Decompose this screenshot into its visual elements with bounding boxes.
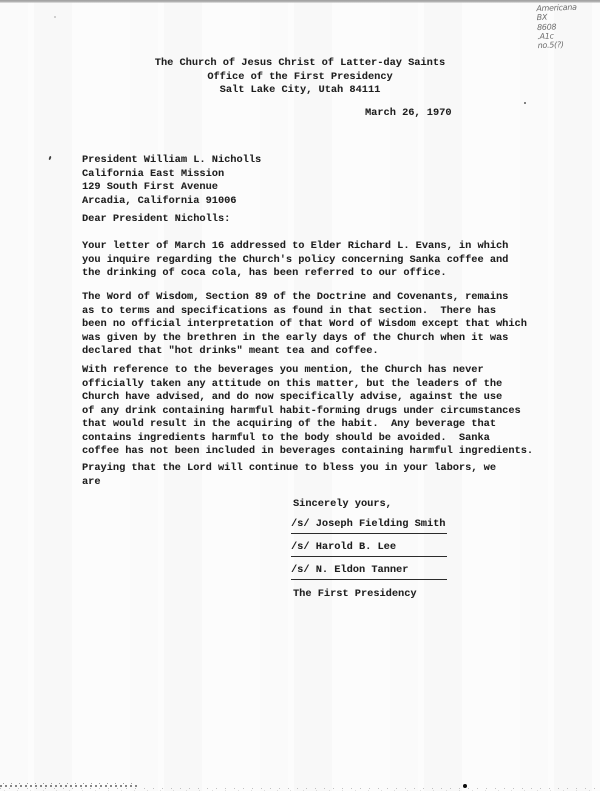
letterhead-church-name: The Church of Jesus Christ of Latter-day…: [0, 57, 600, 71]
recipient-mission: California East Mission: [82, 168, 224, 180]
signature-joseph-fielding-smith: /s/ Joseph Fielding Smith: [291, 518, 447, 534]
letterhead-city: Salt Lake City, Utah 84111: [0, 84, 600, 98]
body-paragraph-4: Praying that the Lord will continue to b…: [82, 462, 496, 489]
scan-edge-artifact: [0, 0, 600, 3]
body-paragraph-3: With reference to the beverages you ment…: [82, 364, 533, 459]
letterhead: The Church of Jesus Christ of Latter-day…: [0, 57, 600, 98]
signature-harold-b-lee: /s/ Harold B. Lee: [291, 541, 447, 557]
annotation-line: .A1c: [537, 31, 554, 41]
scanned-letter-page: Americana BX 8608 .A1c no.5(?) The Churc…: [0, 0, 600, 791]
scan-speck: [48, 156, 51, 160]
recipient-street: 129 South First Avenue: [82, 181, 218, 193]
body-paragraph-1: Your letter of March 16 addressed to Eld…: [82, 240, 508, 281]
annotation-line: no.5(?): [538, 40, 564, 50]
salutation: Dear President Nicholls:: [82, 213, 230, 227]
annotation-line: BX: [537, 13, 548, 22]
letterhead-office: Office of the First Presidency: [0, 71, 600, 85]
signature-n-eldon-tanner: /s/ N. Eldon Tanner: [291, 564, 447, 580]
body-paragraph-2: The Word of Wisdom, Section 89 of the Do…: [82, 291, 527, 359]
annotation-line: 8608: [537, 22, 556, 32]
closing: Sincerely yours,: [293, 498, 392, 512]
scan-speck: [524, 102, 526, 104]
recipient-name: President William L. Nicholls: [82, 154, 261, 166]
recipient-city: Arcadia, California 91006: [82, 195, 236, 207]
scan-speck: [54, 16, 56, 18]
date-line: March 26, 1970: [365, 107, 452, 121]
ink-dot-artifact: [463, 784, 467, 788]
signature-title: The First Presidency: [293, 588, 417, 602]
handwritten-call-number: Americana BX 8608 .A1c no.5(?): [536, 2, 600, 51]
scan-edge-noise-left: [0, 783, 138, 788]
annotation-line: Americana: [536, 3, 577, 13]
recipient-address: President William L. Nicholls California…: [82, 154, 261, 208]
